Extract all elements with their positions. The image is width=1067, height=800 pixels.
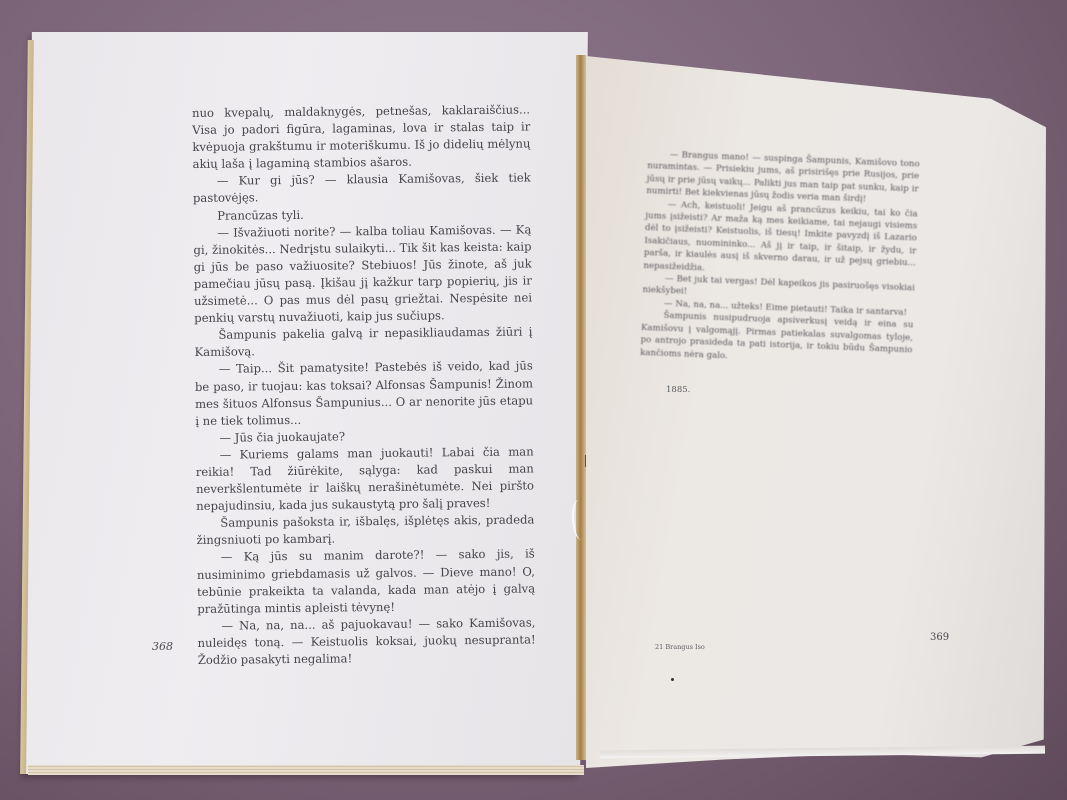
ink-dot <box>671 678 674 681</box>
paragraph: — Išvažiuoti norite? — kalba toliau Kami… <box>193 221 532 327</box>
left-page-stack-edge <box>28 765 584 775</box>
left-page-number: 368 <box>152 640 173 653</box>
right-page-text: — Brangus mano! — suspinga Šampunis, Kam… <box>640 148 920 369</box>
paragraph: — Kur gi jūs? — klausia Kamišovas, šiek … <box>193 170 531 208</box>
signature-mark: 21 Brangus Iso <box>655 643 705 651</box>
paragraph: — Ach, keistuoli! Jeigu aš prancūzus kei… <box>643 198 918 283</box>
right-page-number: 369 <box>930 632 949 643</box>
paragraph: — Na, na, na... aš pajuokavau! — sako Ka… <box>197 614 536 669</box>
paragraph: — Taip... Šit pamatysite! Pastebės iš ve… <box>195 358 534 430</box>
paragraph: — Ką jūs su manim darote?! — sako jis, i… <box>197 546 536 618</box>
paragraph: — Kuriems galams man juokauti! Labai čia… <box>196 443 535 515</box>
book-spine <box>576 55 586 760</box>
paragraph: Šampunis pašoksta ir, išbalęs, išplėtęs … <box>196 512 534 550</box>
left-page-text: nuo kvepalų, maldaknygės, petnešas, kakl… <box>192 101 536 669</box>
paragraph: nuo kvepalų, maldaknygės, petnešas, kakl… <box>192 101 531 173</box>
paragraph: Šampunis pakelia galvą ir nepasikliaudam… <box>194 324 532 362</box>
binding-thread <box>572 500 588 540</box>
paragraph: Šampunis nusipudruoja apsiverkusį veidą … <box>640 309 914 369</box>
date-line: 1885. <box>666 385 690 395</box>
